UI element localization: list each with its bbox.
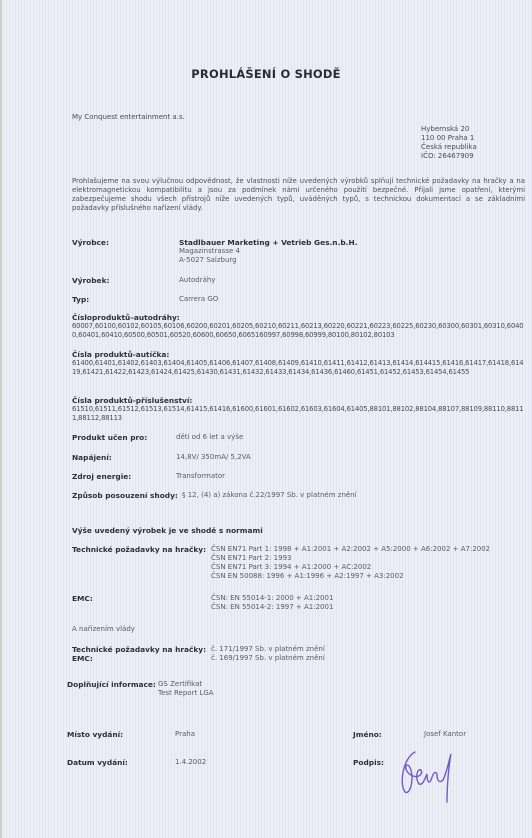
toy-requirements-list: ČSN EN71 Part 1: 1998 + A1:2001 + A2:200… — [211, 545, 490, 581]
standard-line: ČSN: EN 55014-2: 1997 + A1:2001 — [211, 603, 333, 612]
gov-toy-label: Technické požadavky na hračky: — [72, 645, 206, 654]
product-label: Výrobek: — [72, 276, 109, 285]
gov-emc-label: EMC: — [72, 654, 93, 663]
cars-numbers: 61400,61401,61402,61403,61404,61405,6140… — [72, 359, 526, 378]
manufacturer-city: A-5027 Salzburg — [179, 256, 237, 265]
name-value: Josef Kantor — [424, 730, 466, 739]
intended-value: děti od 6 let a výše — [176, 433, 243, 442]
intended-label: Produkt učen pro: — [72, 433, 147, 442]
emc-list: ČSN: EN 55014-1: 2000 + A1:2001 ČSN: EN … — [211, 594, 333, 612]
manufacturer-label: Výrobce: — [72, 238, 109, 247]
product-value: Autodráhy — [179, 276, 215, 285]
extra-info-line: GS Zertifikat — [158, 680, 214, 689]
place-label: Místo vydání: — [67, 730, 123, 739]
signature-label: Podpis: — [353, 758, 384, 767]
tracks-label: Čísloproduktů–autodráhy: — [72, 313, 180, 322]
date-label: Datum vydání: — [67, 758, 128, 767]
cars-label: Čísla produktů-autíčka: — [72, 350, 169, 359]
standard-line: ČSN EN71 Part 3: 1994 + A1:2000 + AC:200… — [211, 563, 490, 572]
name-label: Jméno: — [353, 730, 382, 739]
handwritten-signature — [395, 744, 465, 814]
address-line: Hybernská 20 — [421, 125, 477, 134]
standard-line: ČSN EN71 Part 2: 1993 — [211, 554, 490, 563]
gov-emc-value: č. 169/1997 Sb. v platném znění — [211, 654, 325, 663]
scan-edge — [0, 0, 2, 838]
signature-stroke — [402, 752, 451, 802]
company-address: Hybernská 20 110 00 Praha 1 Česká republ… — [421, 125, 477, 161]
manufacturer-street: Magazinstrasse 4 — [179, 247, 240, 256]
gov-toy-value: č. 171/1997 Sb. v platném znění — [211, 645, 325, 654]
gov-heading: A nařízením vlády — [72, 625, 135, 634]
energy-value: Transformator — [176, 472, 225, 481]
extra-info-label: Doplňující informace: — [67, 680, 156, 689]
address-line: Česká republika — [421, 143, 477, 152]
conformity-heading: Výše uvedený výrobek je ve shodě s norma… — [72, 526, 263, 535]
accessories-label: Čísla produktů-příslušenství: — [72, 396, 192, 405]
accessories-numbers: 61510,61511,61512,61513,61514,61415,6141… — [72, 405, 526, 424]
standard-line: ČSN: EN 55014-1: 2000 + A1:2001 — [211, 594, 333, 603]
extra-info-list: GS Zertifikat Test Report LGA — [158, 680, 214, 698]
power-value: 14,8V/ 350mA/ 5,2VA — [176, 453, 251, 462]
company-name: My Conquest entertainment a.s. — [72, 113, 185, 122]
extra-info-line: Test Report LGA — [158, 689, 214, 698]
date-value: 1.4.2002 — [175, 758, 206, 767]
document-title: PROHLÁŠENÍ O SHODĚ — [0, 67, 532, 81]
standard-line: ČSN EN 50088: 1996 + A1:1996 + A2:1997 +… — [211, 572, 490, 581]
declaration-text: Prohlašujeme na svou výlučnou odpovědnos… — [72, 177, 525, 213]
power-label: Napájení: — [72, 453, 112, 462]
place-value: Praha — [175, 730, 195, 739]
assessment-value: § 12, (4) a) zákona č.22/1997 Sb. v plat… — [182, 491, 357, 500]
energy-label: Zdroj energie: — [72, 472, 131, 481]
emc-label: EMC: — [72, 594, 93, 603]
address-line: 110 00 Praha 1 — [421, 134, 477, 143]
manufacturer-name: Stadlbauer Marketing + Vetrieb Ges.n.b.H… — [179, 238, 357, 247]
type-label: Typ: — [72, 295, 89, 304]
toy-requirements-label: Technické požadavky na hračky: — [72, 545, 206, 554]
type-value: Carrera GO — [179, 295, 218, 304]
standard-line: ČSN EN71 Part 1: 1998 + A1:2001 + A2:200… — [211, 545, 490, 554]
assessment-label: Způsob posouzení shody: — [72, 491, 178, 500]
address-line: IČO: 26467909 — [421, 152, 477, 161]
tracks-numbers: 60007,60100,60102,60105,60106,60200,6020… — [72, 322, 526, 341]
